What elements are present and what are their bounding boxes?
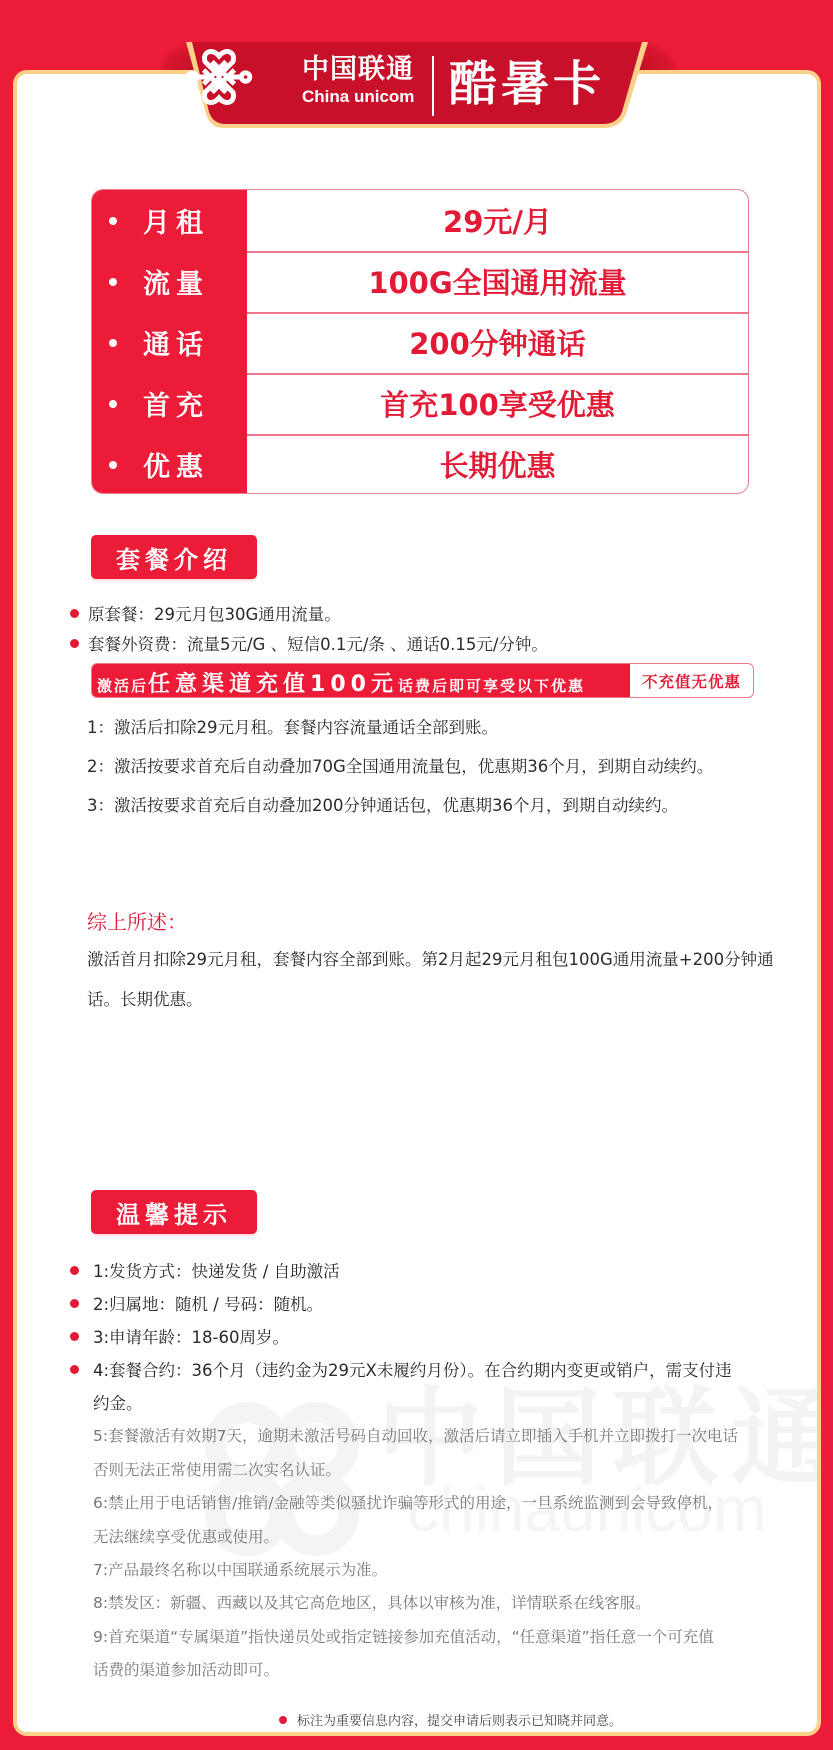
tip-item: 4:套餐合约：36个月（违约金为29元X未履约月份）。在合约期内变更或销户，需支…: [70, 1357, 732, 1381]
promo-side-note: 不充值无优惠: [630, 664, 753, 697]
red-dot-icon: [70, 639, 79, 648]
red-dot-icon: [70, 1365, 79, 1374]
intro-numbered-item: 3：激活按要求首充后自动叠加200分钟通话包，优惠期36个月，到期自动续约。: [87, 792, 678, 816]
promo-highlight: 任意渠道充值100元: [148, 667, 398, 698]
content-card: 中国联通 chinaunicom 月租 29元/月 流量 100G全国通用流量 …: [13, 70, 821, 1736]
bullet-icon: [109, 217, 117, 225]
tip-text: 4:套餐合约：36个月（违约金为29元X未履约月份）。在合约期内变更或销户，需支…: [93, 1357, 732, 1381]
brand-divider: [432, 56, 434, 116]
spec-row-first-topup: 首充 首充100享受优惠: [92, 373, 748, 434]
red-dot-icon: [70, 1332, 79, 1341]
tip-gray-line: 无法继续享受优惠或使用。: [93, 1525, 279, 1547]
bullet-icon: [109, 339, 117, 347]
spec-value: 长期优惠: [247, 444, 748, 485]
intro-numbered-item: 1：激活后扣除29元月租。套餐内容流量通话全部到账。: [87, 714, 498, 738]
bullet-icon: [109, 400, 117, 408]
tip-gray-line: 8:禁发区：新疆、西藏以及其它高危地区，具体以审核为准，详情联系在线客服。: [93, 1591, 651, 1613]
footnote: 标注为重要信息内容，提交申请后则表示已知晓并同意。: [279, 1710, 622, 1729]
promo-main: 激活后 任意渠道充值100元 话费后即可享受以下优惠: [92, 664, 630, 697]
spec-row-data: 流量 100G全国通用流量: [92, 251, 748, 312]
spec-value: 200分钟通话: [247, 322, 748, 363]
tip-gray-line: 6:禁止用于电话销售/推销/金融等类似骚扰诈骗等形式的用途，一旦系统监测到会导致…: [93, 1491, 723, 1513]
intro-bullet-text: 原套餐：29元月包30G通用流量。: [88, 601, 341, 625]
promo-prefix: 激活后: [97, 675, 148, 696]
spec-row-rent: 月租 29元/月: [92, 190, 748, 251]
tip-gray-line: 话费的渠道参加活动即可。: [93, 1658, 279, 1680]
tip-item: 1:发货方式：快递发货 / 自助激活: [70, 1258, 340, 1282]
tip-gray-line: 否则无法正常使用需二次实名认证。: [93, 1458, 341, 1480]
bullet-icon: [109, 461, 117, 469]
brand-name-cn: 中国联通: [302, 54, 422, 86]
summary-title: 综上所述：: [87, 906, 187, 935]
intro-bullet: 原套餐：29元月包30G通用流量。: [70, 601, 341, 625]
header-badge: 中国联通 China unicom 酷暑卡: [184, 42, 650, 128]
spec-value: 100G全国通用流量: [247, 261, 748, 302]
tip-text: 1:发货方式：快递发货 / 自助激活: [93, 1258, 340, 1282]
tip-text: 3:申请年龄：18-60周岁。: [93, 1324, 289, 1348]
spec-row-discount: 优惠 长期优惠: [92, 434, 748, 494]
bullet-icon: [109, 278, 117, 286]
summary-text: 激活首月扣除29元月租，套餐内容全部到账。第2月起29元月租包100G通用流量+…: [87, 940, 787, 1020]
tip-gray-line: 5:套餐激活有效期7天，逾期未激活号码自动回收，激活后请立即插入手机并立即拨打一…: [93, 1424, 738, 1446]
spec-label: 优惠: [143, 445, 209, 484]
footnote-text: 标注为重要信息内容，提交申请后则表示已知晓并同意。: [297, 1710, 622, 1729]
intro-bullet: 套餐外资费：流量5元/G 、短信0.1元/条 、通话0.15元/分钟。: [70, 631, 548, 655]
spec-label: 月租: [143, 201, 209, 240]
brand-logo-text: 中国联通 China unicom: [302, 54, 422, 108]
red-dot-icon: [70, 609, 79, 618]
red-dot-icon: [279, 1716, 287, 1724]
promo-suffix: 话费后即可享受以下优惠: [398, 675, 585, 696]
tip-gray-line: 9:首充渠道“专属渠道”指快递员处或指定链接参加充值活动，“任意渠道”指任意一个…: [93, 1625, 714, 1647]
intro-numbered-item: 2：激活按要求首充后自动叠加70G全国通用流量包，优惠期36个月，到期自动续约。: [87, 753, 713, 777]
red-dot-icon: [70, 1299, 79, 1308]
tip-item-continuation: 约金。: [93, 1390, 143, 1414]
spec-value: 29元/月: [247, 200, 748, 241]
spec-row-calls: 通话 200分钟通话: [92, 312, 748, 373]
spec-value: 首充100享受优惠: [247, 383, 748, 424]
intro-bullet-text: 套餐外资费：流量5元/G 、短信0.1元/条 、通话0.15元/分钟。: [88, 631, 548, 655]
section-title-tips: 温馨提示: [91, 1190, 257, 1234]
red-dot-icon: [70, 1266, 79, 1275]
tip-item: 2:归属地：随机 / 号码：随机。: [70, 1291, 323, 1315]
spec-table: 月租 29元/月 流量 100G全国通用流量 通话 200分钟通话 首充 首充1…: [91, 189, 749, 494]
china-unicom-knot-icon: [184, 42, 254, 112]
tip-item: 3:申请年龄：18-60周岁。: [70, 1324, 289, 1348]
tip-gray-line: 7:产品最终名称以中国联通系统展示为准。: [93, 1558, 387, 1580]
spec-label: 流量: [143, 262, 209, 301]
product-title: 酷暑卡: [449, 52, 605, 116]
tip-text: 2:归属地：随机 / 号码：随机。: [93, 1291, 323, 1315]
spec-label: 首充: [143, 384, 209, 423]
promo-banner: 激活后 任意渠道充值100元 话费后即可享受以下优惠 不充值无优惠: [91, 663, 754, 698]
section-title-package-intro: 套餐介绍: [91, 535, 257, 579]
brand-name-en: China unicom: [302, 86, 422, 108]
spec-label: 通话: [143, 323, 209, 362]
